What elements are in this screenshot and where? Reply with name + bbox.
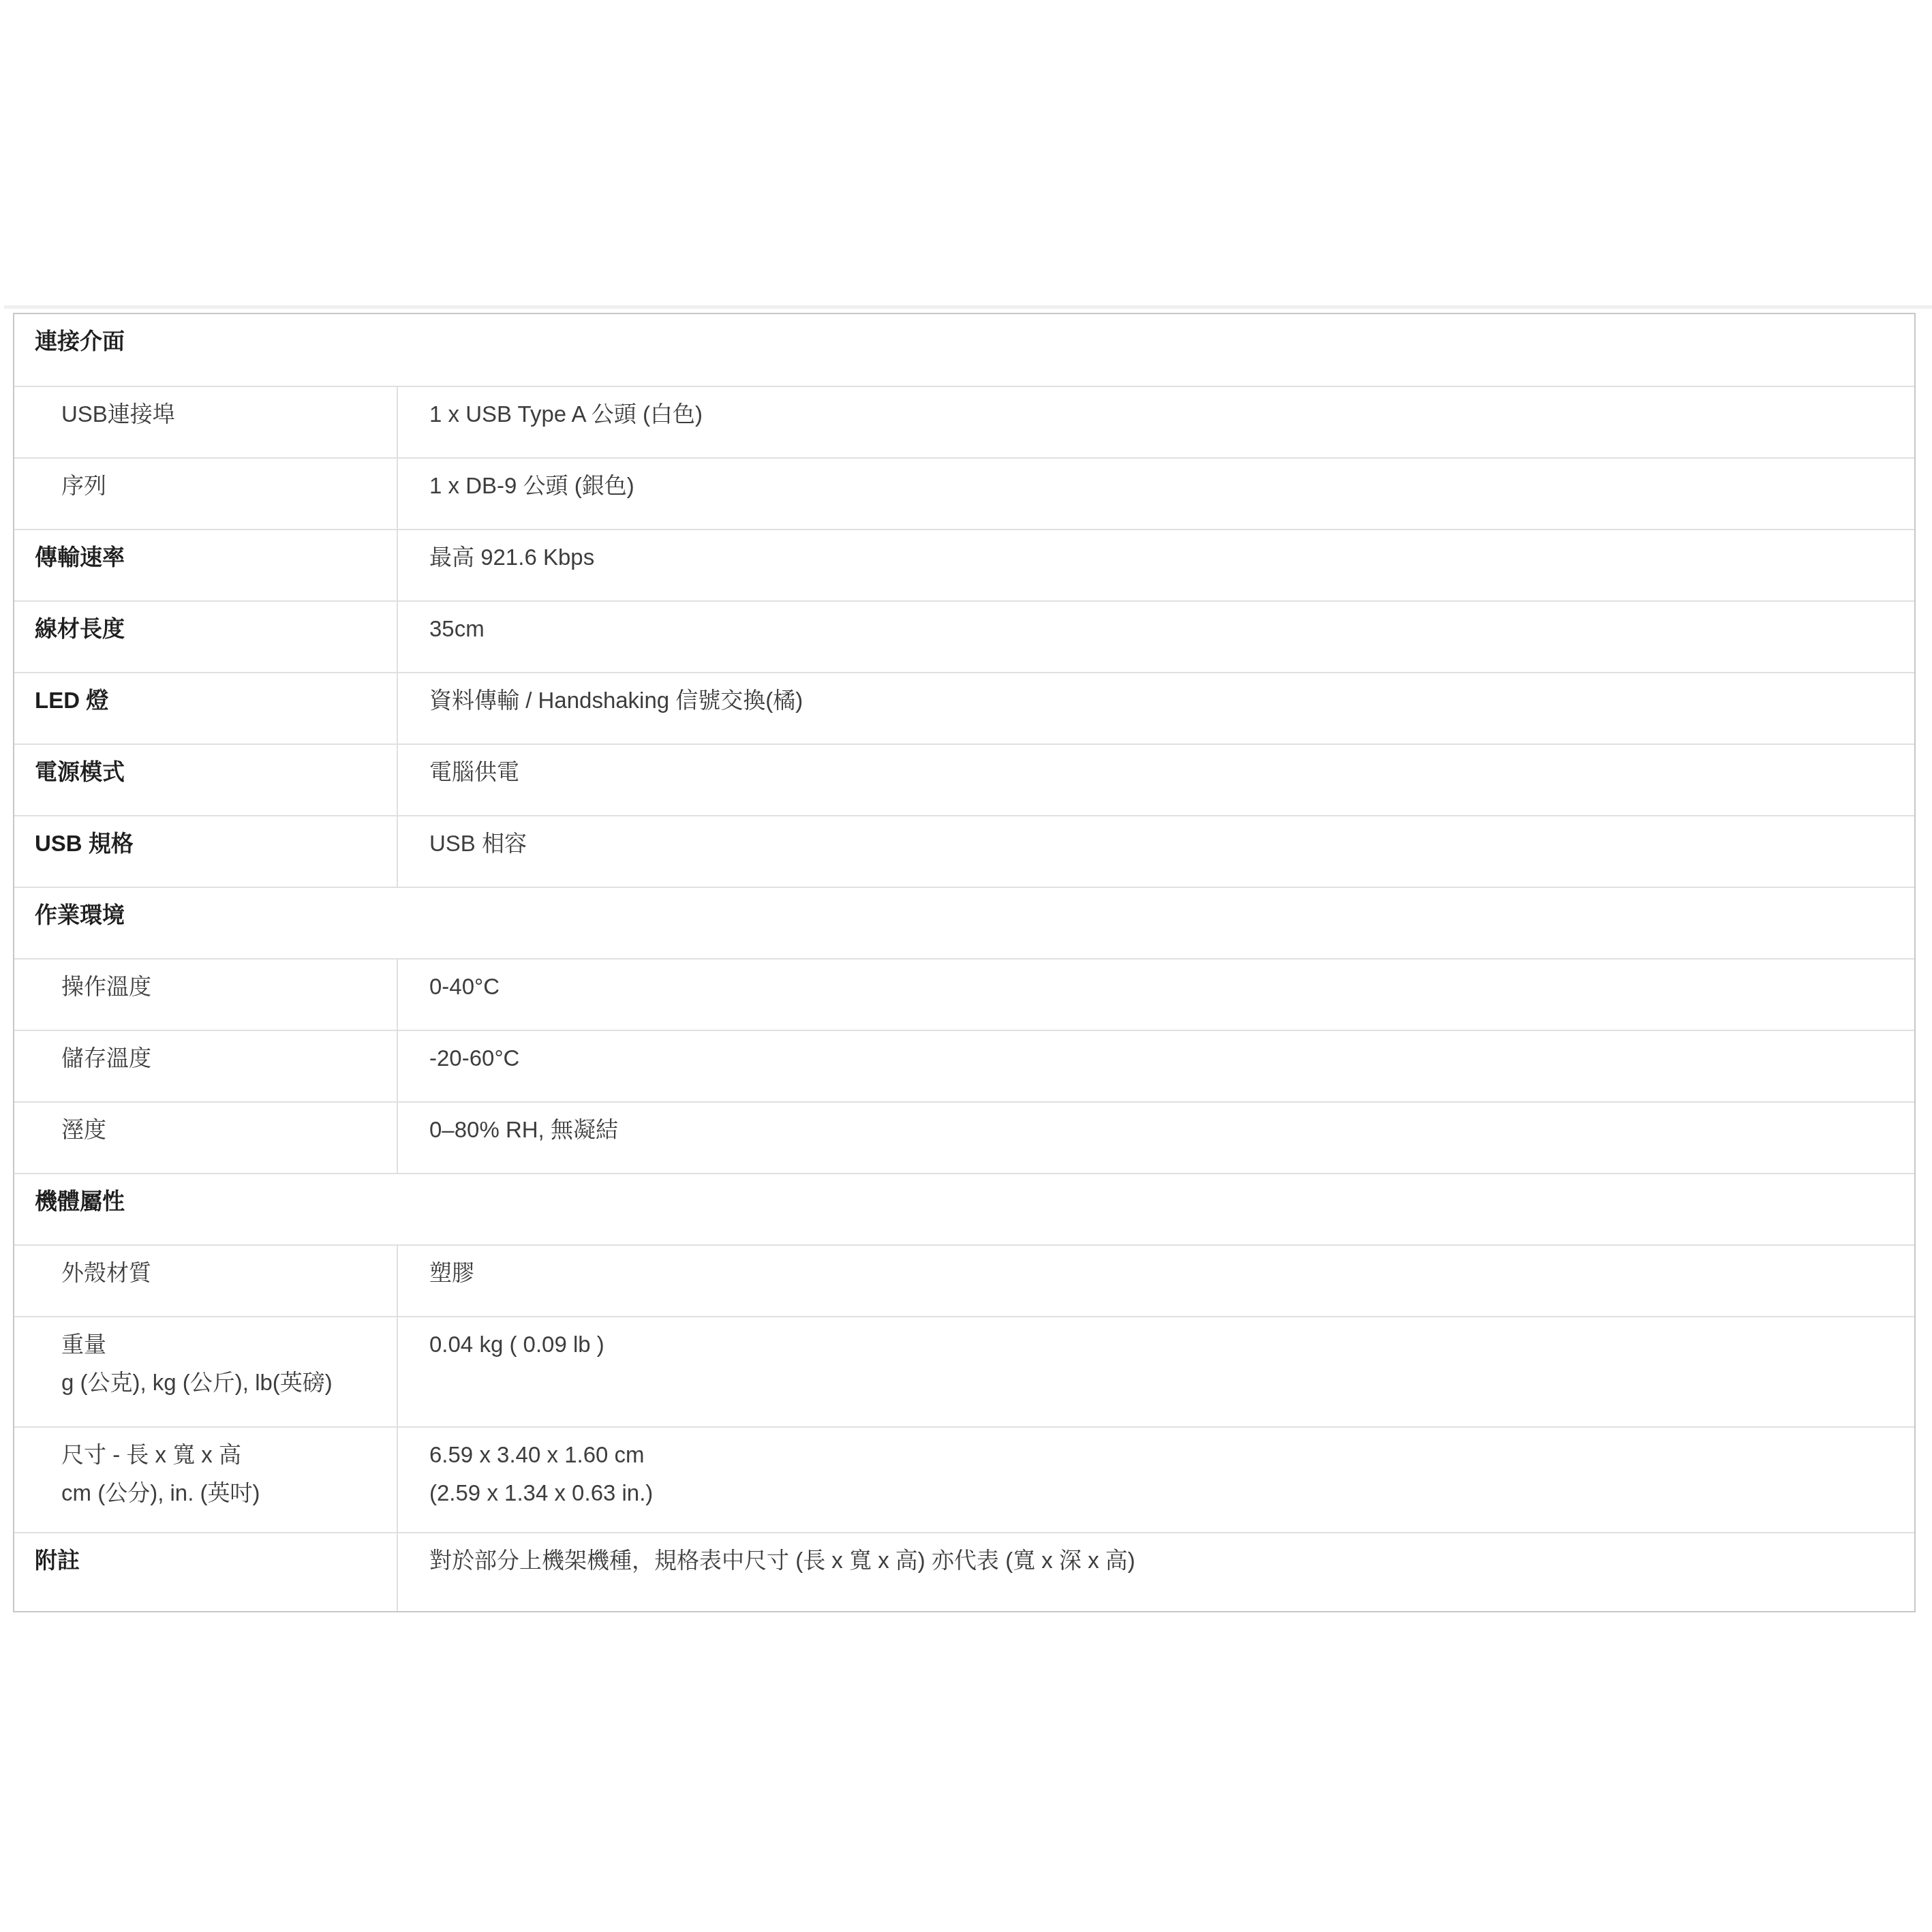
spec-value: 0–80% RH, 無凝結 <box>397 1103 1914 1173</box>
row-humidity: 溼度 0–80% RH, 無凝結 <box>14 1101 1914 1173</box>
product-spec-table: 連接介面 USB連接埠 1 x USB Type A 公頭 (白色) 序列 1 … <box>13 313 1916 1612</box>
spec-value: 塑膠 <box>397 1246 1914 1316</box>
spec-value: 電腦供電 <box>397 745 1914 815</box>
row-power-mode: 電源模式 電腦供電 <box>14 743 1914 815</box>
spec-label-subtext: g (公克), kg (公斤), lb(英磅) <box>61 1364 383 1402</box>
row-storage-temp: 儲存溫度 -20-60°C <box>14 1030 1914 1101</box>
spec-label: USB連接埠 <box>14 387 397 457</box>
section-row-physical-properties: 機體屬性 <box>14 1173 1914 1244</box>
spec-value-text: -20-60°C <box>429 1039 1887 1077</box>
row-usb-port: USB連接埠 1 x USB Type A 公頭 (白色) <box>14 386 1914 457</box>
section-title-text: 機體屬性 <box>35 1182 1901 1221</box>
section-title-text: 作業環境 <box>35 896 1901 934</box>
spec-label: USB 規格 <box>14 816 397 887</box>
spec-value-text: 0-40°C <box>429 968 1887 1006</box>
spec-label: 傳輸速率 <box>14 530 397 600</box>
spec-value: 0-40°C <box>397 960 1914 1030</box>
spec-label-text: 儲存溫度 <box>61 1039 383 1077</box>
spec-value-text: 1 x DB-9 公頭 (銀色) <box>429 467 1887 505</box>
section-row-operating-environment: 作業環境 <box>14 887 1914 958</box>
spec-label: 操作溫度 <box>14 960 397 1030</box>
spec-value-text: 對於部分上機架機種，規格表中尺寸 (長 x 寬 x 高) 亦代表 (寬 x 深 … <box>429 1542 1887 1580</box>
row-serial: 序列 1 x DB-9 公頭 (銀色) <box>14 457 1914 529</box>
row-cable-length: 線材長度 35cm <box>14 600 1914 672</box>
spec-value-text: 0–80% RH, 無凝結 <box>429 1111 1887 1149</box>
spec-label-text: 重量 <box>61 1325 383 1364</box>
section-title: 機體屬性 <box>14 1174 1914 1244</box>
row-case-material: 外殼材質 塑膠 <box>14 1244 1914 1316</box>
spec-label: LED 燈 <box>14 673 397 743</box>
spec-value-text: 6.59 x 3.40 x 1.60 cm <box>429 1436 1887 1474</box>
spec-value-text: 資料傳輸 / Handshaking 信號交換(橘) <box>429 681 1887 720</box>
spec-value-text: 塑膠 <box>429 1254 1887 1292</box>
spec-value: 最高 921.6 Kbps <box>397 530 1914 600</box>
spec-value: 1 x USB Type A 公頭 (白色) <box>397 387 1914 457</box>
spec-label: 儲存溫度 <box>14 1031 397 1101</box>
spec-label-text: 尺寸 - 長 x 寬 x 高 <box>61 1436 383 1474</box>
spec-label-text: 線材長度 <box>35 610 383 648</box>
spec-value: 資料傳輸 / Handshaking 信號交換(橘) <box>397 673 1914 743</box>
spec-label-text: USB連接埠 <box>61 395 383 433</box>
spec-label-text: 溼度 <box>61 1111 383 1149</box>
spec-label: 附註 <box>14 1533 397 1611</box>
spec-label-subtext: cm (公分), in. (英吋) <box>61 1474 383 1512</box>
spec-value-subtext: (2.59 x 1.34 x 0.63 in.) <box>429 1474 1887 1512</box>
spec-label-text: USB 規格 <box>35 825 383 863</box>
spec-value: -20-60°C <box>397 1031 1914 1101</box>
row-dimensions: 尺寸 - 長 x 寬 x 高 cm (公分), in. (英吋) 6.59 x … <box>14 1426 1914 1532</box>
section-divider-line <box>4 305 1932 309</box>
row-led: LED 燈 資料傳輸 / Handshaking 信號交換(橘) <box>14 672 1914 743</box>
spec-label: 溼度 <box>14 1103 397 1173</box>
spec-value: 6.59 x 3.40 x 1.60 cm (2.59 x 1.34 x 0.6… <box>397 1428 1914 1532</box>
spec-label: 電源模式 <box>14 745 397 815</box>
spec-value: 0.04 kg ( 0.09 lb ) <box>397 1317 1914 1426</box>
spec-label-text: 外殼材質 <box>61 1254 383 1292</box>
section-title: 作業環境 <box>14 888 1914 958</box>
spec-label: 外殼材質 <box>14 1246 397 1316</box>
row-operating-temp: 操作溫度 0-40°C <box>14 958 1914 1030</box>
spec-label-text: 序列 <box>61 467 383 505</box>
spec-label-text: 附註 <box>35 1542 383 1580</box>
spec-label: 重量 g (公克), kg (公斤), lb(英磅) <box>14 1317 397 1426</box>
spec-value: 35cm <box>397 602 1914 672</box>
row-transfer-rate: 傳輸速率 最高 921.6 Kbps <box>14 529 1914 600</box>
spec-value-text: 最高 921.6 Kbps <box>429 538 1887 577</box>
row-note: 附註 對於部分上機架機種，規格表中尺寸 (長 x 寬 x 高) 亦代表 (寬 x… <box>14 1532 1914 1611</box>
spec-label-text: LED 燈 <box>35 681 383 720</box>
spec-value: USB 相容 <box>397 816 1914 887</box>
row-usb-spec: USB 規格 USB 相容 <box>14 815 1914 887</box>
spec-label-text: 傳輸速率 <box>35 538 383 577</box>
spec-value-text: 35cm <box>429 610 1887 648</box>
spec-value: 1 x DB-9 公頭 (銀色) <box>397 459 1914 529</box>
section-title: 連接介面 <box>14 314 1914 386</box>
spec-value-text: 0.04 kg ( 0.09 lb ) <box>429 1325 1887 1364</box>
spec-label-text: 操作溫度 <box>61 968 383 1006</box>
spec-label: 線材長度 <box>14 602 397 672</box>
section-row-connection-interface: 連接介面 <box>14 314 1914 386</box>
spec-label-text: 電源模式 <box>35 753 383 791</box>
spec-label: 序列 <box>14 459 397 529</box>
spec-value-text: 1 x USB Type A 公頭 (白色) <box>429 395 1887 433</box>
row-weight: 重量 g (公克), kg (公斤), lb(英磅) 0.04 kg ( 0.0… <box>14 1316 1914 1426</box>
spec-value-text: 電腦供電 <box>429 753 1887 791</box>
section-title-text: 連接介面 <box>35 322 1901 361</box>
spec-label: 尺寸 - 長 x 寬 x 高 cm (公分), in. (英吋) <box>14 1428 397 1532</box>
spec-value-text: USB 相容 <box>429 825 1887 863</box>
spec-value: 對於部分上機架機種，規格表中尺寸 (長 x 寬 x 高) 亦代表 (寬 x 深 … <box>397 1533 1914 1611</box>
